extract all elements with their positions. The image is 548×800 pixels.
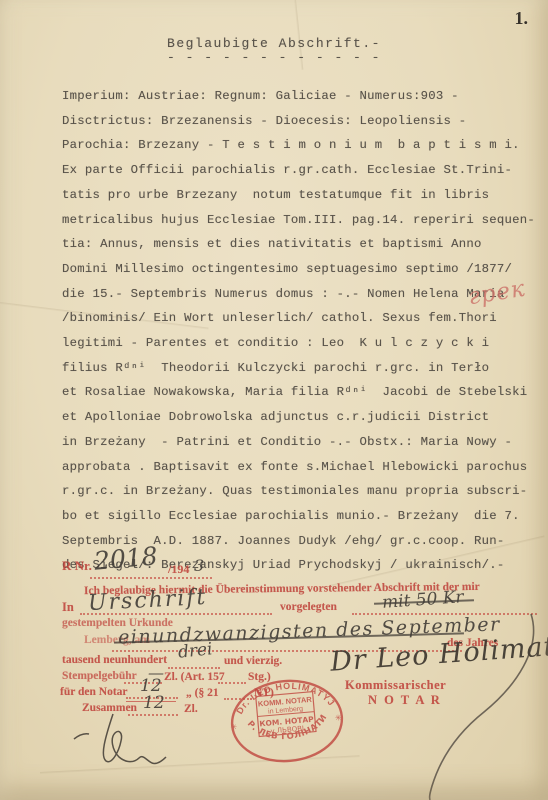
register-number-label: R Nr. — [62, 558, 92, 574]
signature-role-line2: N O T A R — [368, 693, 442, 708]
stamp-fee-article: Zl. (Art. 157 — [164, 671, 225, 683]
vorgelegten-label: vorgelegten — [280, 601, 337, 613]
total-entry: 12 — [143, 693, 165, 713]
typed-line: Ex parte Officii parochialis r.gr.cath. … — [62, 158, 542, 183]
register-year-digit: 3 — [194, 556, 204, 575]
stamp-star-left-icon: ✳ — [230, 722, 238, 732]
typed-line: tia: Annus, mensis et dies nativitatis e… — [62, 232, 542, 257]
notary-round-stamp: Dr. LEO HOLIMATYJ ДР. ЛЕВ ГОЛІНАТИЙ ✳ ✳ … — [224, 673, 349, 769]
notary-fee-nt: NT) — [254, 687, 274, 699]
stamp-arc-bottom-text: ДР. ЛЕВ ГОЛІНАТИЙ — [224, 673, 331, 747]
dotted-rule — [90, 577, 212, 579]
stamp-divider — [258, 712, 315, 717]
typed-line: filius Rᵈⁿⁱ Theodorii Kulczycki parochi … — [62, 356, 542, 381]
document-title: Beglaubigte Abschrift.- — [0, 36, 548, 51]
svg-text:ДР. ЛЕВ ГОЛІНАТИЙ: ДР. ЛЕВ ГОЛІНАТИЙ — [224, 673, 331, 747]
total-label: Zusammen — [82, 702, 137, 714]
dotted-rule — [80, 613, 272, 615]
typed-line: r.gr.c. in Brzeżany. Quas testimoniales … — [62, 479, 542, 504]
stamp-line-in-lemberg: in Lemberg — [268, 706, 304, 716]
register-number-value: 2018 — [93, 541, 159, 575]
title-block: Beglaubigte Abschrift.- - - - - - - - - … — [0, 36, 548, 65]
typed-line: legitimi - Parentes et conditio : Leo K … — [62, 331, 542, 356]
notary-fee-paragraph: „ (§ 21 — [186, 687, 219, 699]
year-word-entry: drei — [177, 639, 213, 662]
initials-paraph — [74, 714, 166, 764]
stamp-fee-stg: Stg.) — [248, 671, 271, 683]
typed-line: Imperium: Austriae: Regnum: Galiciae - N… — [62, 84, 542, 109]
vierzig-label: und vierzig. — [224, 655, 282, 667]
notary-fee-label: für den Notar — [60, 686, 128, 698]
stamp-line-kom-notar-cyr: КОМ. НОТАР — [259, 715, 315, 729]
dotted-rule — [168, 667, 220, 669]
paper-crease — [40, 755, 360, 773]
typed-line: Domini Millesimo octingentesimo septuage… — [62, 257, 542, 282]
page-number: 1. — [515, 8, 529, 29]
document-page: 1. Beglaubigte Abschrift.- - - - - - - -… — [0, 0, 548, 800]
typed-line: in Brzeżany - Patrini et Conditio -.- Ob… — [62, 430, 542, 455]
typed-line: et Rosaliae Nowakowska, Maria filia Rᵈⁿⁱ… — [62, 380, 542, 405]
title-underline: - - - - - - - - - - - - — [0, 51, 548, 65]
dotted-rule — [224, 698, 252, 700]
stamp-fee-label: Stempelgebühr — [62, 670, 137, 682]
dotted-rule — [218, 682, 246, 684]
stamp-line-lviv-cyr: у ЛЬВОВІ — [270, 725, 304, 736]
dotted-rule — [128, 714, 178, 716]
typed-line: Parochia: Brzezany - T e s t i m o n i u… — [62, 133, 542, 158]
stamp-star-right-icon: ✳ — [335, 713, 343, 723]
typed-line: Disctrictus: Brzezanensis - Dioecesis: L… — [62, 109, 542, 134]
signature-role-line1: Kommissarischer — [345, 678, 446, 693]
typed-line: bo et sigillo Ecclesiae parochialis muni… — [62, 504, 542, 529]
typed-line: et Apolloniae Dobrowolska adjunctus c.r.… — [62, 405, 542, 430]
in-label: In — [62, 600, 74, 615]
urschrift-entry: Urschrift — [87, 585, 208, 616]
typed-line: approbata . Baptisavit ex fonte s.Michae… — [62, 455, 542, 480]
typed-line: tatis pro urbe Brzezany notum testatumqu… — [62, 183, 542, 208]
typed-line: metricalibus hujus Ecclesiae Tom.III. pa… — [62, 208, 542, 233]
total-zl: Zl. — [184, 703, 198, 715]
typed-text-block: Imperium: Austriae: Regnum: Galiciae - N… — [62, 84, 542, 578]
stamp-outer-ring — [229, 676, 346, 765]
register-year-prefix: /194 — [168, 562, 189, 577]
